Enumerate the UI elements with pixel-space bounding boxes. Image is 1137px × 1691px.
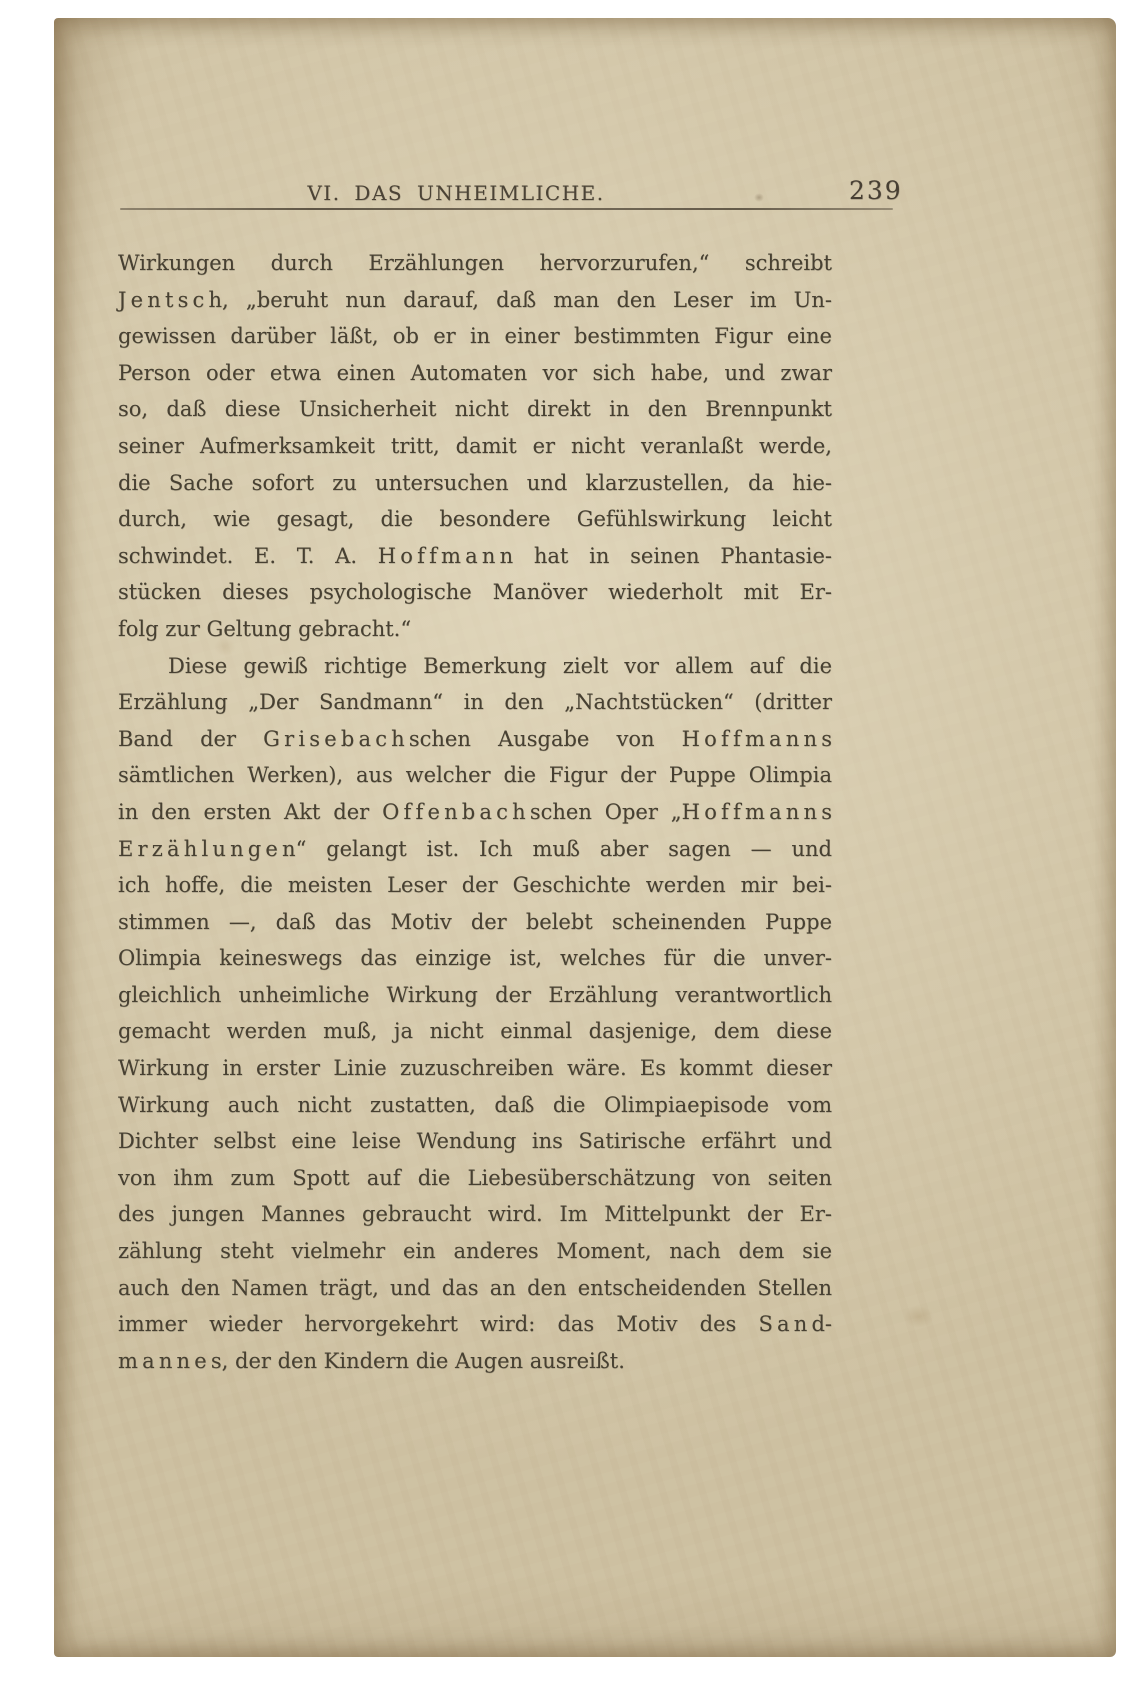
text-line: stücken dieses psychologische Manöver wi…: [118, 574, 832, 611]
text-line: Dichter selbst eine leise Wendung ins Sa…: [118, 1123, 832, 1160]
text-line: durch, wie gesagt, die besondere Gefühls…: [118, 501, 832, 538]
text-line: m a n n e s, der den Kindern die Augen a…: [118, 1343, 832, 1380]
text-line: Diese gewiß richtige Bemerkung zielt vor…: [118, 648, 832, 685]
text-line: Wirkung in erster Linie zuzuschreiben wä…: [118, 1050, 832, 1087]
text-line: so, daß diese Unsicherheit nicht direkt …: [118, 391, 832, 428]
text-line: zählung steht vielmehr ein anderes Momen…: [118, 1233, 832, 1270]
text-line: Wirkungen durch Erzählungen hervorzurufe…: [118, 245, 832, 282]
text-line: in den ersten Akt der O f f e n b a c h …: [118, 794, 832, 831]
page-body: Wirkungen durch Erzählungen hervorzurufe…: [118, 245, 832, 1379]
text-line: Band der G r i s e b a c h schen Ausgabe…: [118, 721, 832, 758]
text-line: J e n t s c h, „beruht nun darauf, daß m…: [118, 282, 832, 319]
text-line: von ihm zum Spott auf die Liebesüberschä…: [118, 1160, 832, 1197]
text-line: gewissen darüber läßt, ob er in einer be…: [118, 318, 832, 355]
text-line: Erzählung „Der Sandmann“ in den „Nachtst…: [118, 684, 832, 721]
text-line: folg zur Geltung gebracht.“: [118, 611, 832, 648]
page-stain: [904, 1306, 934, 1328]
text-line: ich hoffe, die meisten Leser der Geschic…: [118, 867, 832, 904]
text-line: Olimpia keineswegs das einzige ist, welc…: [118, 940, 832, 977]
header-rule: [120, 208, 893, 210]
text-line: E r z ä h l u n g e n“ gelangt ist. Ich …: [118, 831, 832, 868]
text-line: gemacht werden muß, ja nicht einmal dasj…: [118, 1013, 832, 1050]
text-line: Person oder etwa einen Automaten vor sic…: [118, 355, 832, 392]
page-number: 239: [849, 176, 903, 205]
text-line: stimmen —, daß das Motiv der belebt sche…: [118, 904, 832, 941]
text-line: gleichlich unheimliche Wirkung der Erzäh…: [118, 977, 832, 1014]
text-line: auch den Namen trägt, und das an den ent…: [118, 1270, 832, 1307]
text-line: schwindet. E. T. A. H o f f m a n n hat …: [118, 538, 832, 575]
text-line: die Sache sofort zu untersuchen und klar…: [118, 465, 832, 502]
text-line: des jungen Mannes gebraucht wird. Im Mit…: [118, 1196, 832, 1233]
text-line: Wirkung auch nicht zustatten, daß die Ol…: [118, 1087, 832, 1124]
text-line: immer wieder hervorgekehrt wird: das Mot…: [118, 1306, 832, 1343]
text-line: sämtlichen Werken), aus welcher die Figu…: [118, 757, 832, 794]
chapter-title: VI. DAS UNHEIMLICHE.: [118, 181, 794, 205]
book-page: VI. DAS UNHEIMLICHE. 239 Wirkungen durch…: [54, 18, 1116, 1657]
scan-background: VI. DAS UNHEIMLICHE. 239 Wirkungen durch…: [0, 0, 1137, 1691]
text-line: seiner Aufmerksamkeit tritt, damit er ni…: [118, 428, 832, 465]
